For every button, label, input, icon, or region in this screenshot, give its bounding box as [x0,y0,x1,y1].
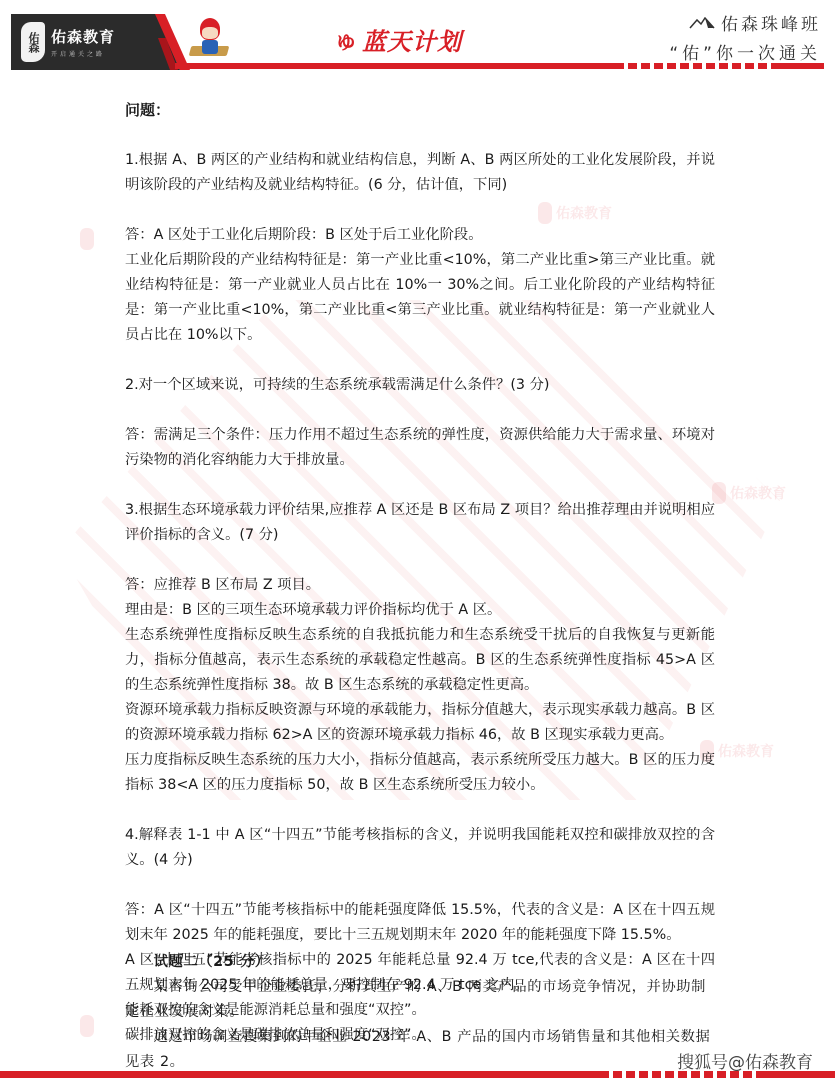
tagline: 佑森珠峰班 “佑”你一次通关 [669,10,821,64]
question-1: 1.根据 A、B 两区的产业结构和就业结构信息，判断 A、B 两区所处的工业化发… [125,148,715,198]
case-two-paragraph-1: 某咨询公司受甲企业委托，分析其生产的 A、B 两类产品的市场竞争情况，并协助制定… [125,975,715,1025]
watermark-logo: 佑森教育 [712,482,786,504]
program-title: 蓝天计划 [362,22,462,57]
header-dashed-divider [615,63,780,69]
mascot-icon [190,18,230,62]
footer-dashed-divider [600,1071,765,1078]
document-body: 问题： 1.根据 A、B 两区的产业结构和就业结构信息，判断 A、B 两区所处的… [125,98,715,1048]
brand-seal-icon: 佑森 [21,22,45,62]
watermark-logo [80,1015,98,1037]
answer-1-line-1: 答：A 区处于工业化后期阶段：B 区处于后工业化阶段。 [125,223,715,248]
source-attribution: 搜狐号@佑森教育 [677,1048,813,1073]
program-logo: ゅ 蓝天计划 [334,22,462,57]
brand-slogan: 开启通关之路 [51,49,115,58]
header-divider-end [780,63,824,69]
watermark-seal-icon [80,228,94,250]
brand-logo: 佑森 佑森教育 开启通关之路 [11,14,151,70]
answer-3-line-1: 答：应推荐 B 区布局 Z 项目。 [125,573,715,598]
case-two-section: 试题二（25 分） 某咨询公司受甲企业委托，分析其生产的 A、B 两类产品的市场… [125,950,715,1075]
program-logo-icon: ゅ [334,28,358,52]
question-2: 2.对一个区域来说，可持续的生态系统承载需满足什么条件？(3 分) [125,373,715,398]
brand-name: 佑森教育 [51,26,115,47]
answer-3-line-5: 压力度指标反映生态系统的压力大小，指标分值越高，表示系统所受压力越大。B 区的压… [125,748,715,798]
answer-2-line-1: 答：需满足三个条件：压力作用不超过生态系统的弹性度，资源供给能力大于需求量、环境… [125,423,715,473]
answer-4-line-1: 答：A 区“十四五”节能考核指标中的能耗强度降低 15.5%，代表的含义是：A … [125,898,715,948]
answer-3-line-4: 资源环境承载力指标反映资源与环境的承载能力，指标分值越大，表示现实承载力越高。B… [125,698,715,748]
case-two-title: 试题二（25 分） [125,950,715,975]
answer-3-line-3: 生态系统弹性度指标反映生态系统的自我抵抗能力和生态系统受干扰后的自我恢复与更新能… [125,623,715,698]
question-3: 3.根据生态环境承载力评价结果,应推荐 A 区还是 B 区布局 Z 项目？给出推… [125,498,715,548]
footer-divider [0,1071,600,1078]
tagline-slogan: “佑”你一次通关 [669,39,821,64]
case-two-paragraph-2: 通过市场调查搜集到的甲企业 2023 年 A、B 产品的国内市场销售量和其他相关… [125,1025,715,1075]
question-4: 4.解释表 1-1 中 A 区“十四五”节能考核指标的含义，并说明我国能耗双控和… [125,823,715,873]
watermark-seal-icon [80,1015,94,1037]
document-page: 佑森 佑森教育 开启通关之路 ゅ 蓝天计划 佑森珠峰班 [0,0,835,1080]
tagline-class-name: 佑森珠峰班 [721,10,821,35]
header-divider [175,63,615,69]
section-heading: 问题： [125,98,715,123]
header-banner: 佑森 佑森教育 开启通关之路 ゅ 蓝天计划 佑森珠峰班 [0,0,835,80]
footer-divider-end [765,1071,835,1078]
watermark-logo [80,228,98,250]
mountain-icon [689,17,715,29]
answer-1-line-2: 工业化后期阶段的产业结构特征是：第一产业比重<10%，第二产业比重>第三产业比重… [125,248,715,348]
answer-3-line-2: 理由是：B 区的三项生态环境承载力评价指标均优于 A 区。 [125,598,715,623]
